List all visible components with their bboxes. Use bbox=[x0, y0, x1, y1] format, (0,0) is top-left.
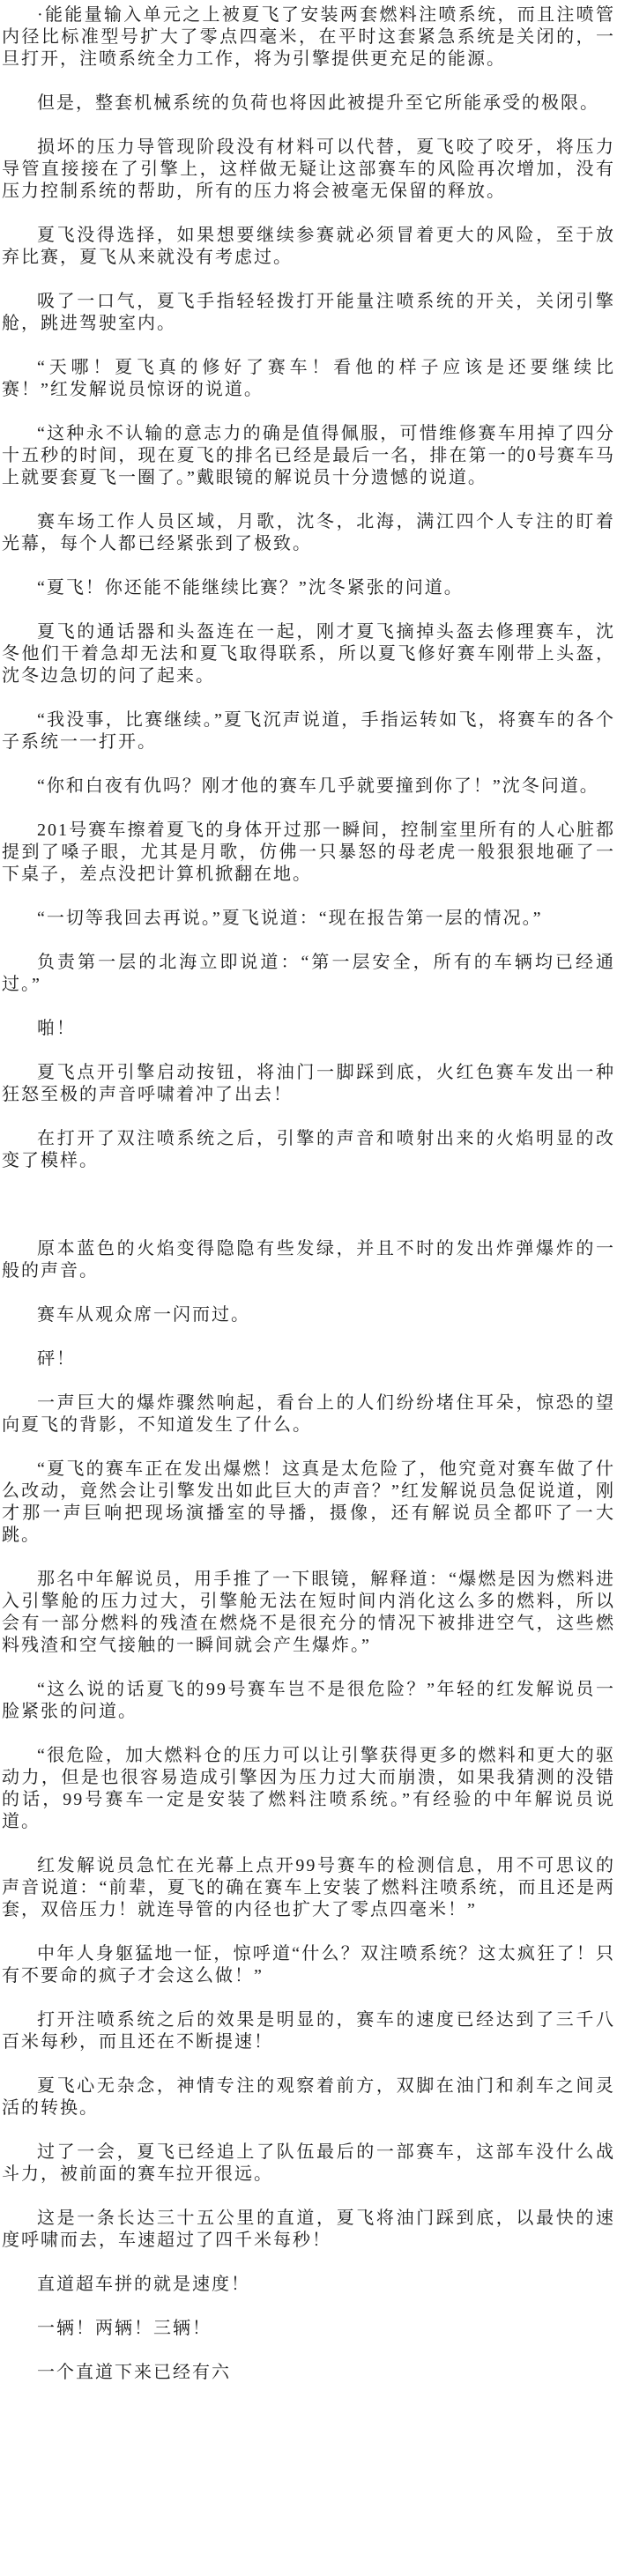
paragraph: 但是，整套机械系统的负荷也将因此被提升至它所能承受的极限。 bbox=[2, 93, 615, 115]
paragraph: “一切等我回去再说。”夏飞说道：“现在报告第一层的情况。” bbox=[2, 908, 615, 930]
paragraph: 吸了一口气，夏飞手指轻轻拨打开能量注喷系统的开关，关闭引擎舱，跳进驾驶室内。 bbox=[2, 291, 615, 335]
paragraph: “夏飞！你还能不能继续比赛？”沈冬紧张的问道。 bbox=[2, 577, 615, 599]
paragraph: 夏飞没得选择，如果想要继续参赛就必须冒着更大的风险，至于放弃比赛，夏飞从来就没有… bbox=[2, 225, 615, 269]
paragraph: 原本蓝色的火焰变得隐隐有些发绿，并且不时的发出炸弹爆炸的一般的声音。 bbox=[2, 1238, 615, 1282]
paragraph: 过了一会，夏飞已经追上了队伍最后的一部赛车，这部车没什么战斗力，被前面的赛车拉开… bbox=[2, 2142, 615, 2186]
paragraph: “你和白夜有仇吗？刚才他的赛车几乎就要撞到你了！”沈冬问道。 bbox=[2, 776, 615, 798]
paragraph: 赛车场工作人员区域，月歌，沈冬，北海，满江四个人专注的盯着光幕，每个人都已经紧张… bbox=[2, 511, 615, 555]
paragraph: 夏飞的通话器和头盔连在一起，刚才夏飞摘掉头盔去修理赛车，沈冬他们干着急却无法和夏… bbox=[2, 621, 615, 687]
paragraph: 负责第一层的北海立即说道：“第一层安全，所有的车辆均已经通过。” bbox=[2, 952, 615, 996]
paragraph: 直道超车拼的就是速度！ bbox=[2, 2274, 615, 2296]
paragraph: 夏飞点开引擎启动按钮，将油门一脚踩到底，火红色赛车发出一种狂怒至极的声音呼啸着冲… bbox=[2, 1062, 615, 1106]
paragraph: “天哪！夏飞真的修好了赛车！看他的样子应该是还要继续比赛！”红发解说员惊讶的说道… bbox=[2, 357, 615, 401]
novel-text-body: ·能能量输入单元之上被夏飞了安装两套燃料注喷系统，而且注喷管内径比标准型号扩大了… bbox=[2, 4, 615, 2384]
paragraph: 201号赛车擦着夏飞的身体开过那一瞬间，控制室里所有的人心脏都提到了嗓子眼，尤其… bbox=[2, 820, 615, 886]
paragraph: 打开注喷系统之后的效果是明显的，赛车的速度已经达到了三千八百米每秒，而且还在不断… bbox=[2, 2009, 615, 2053]
paragraph: 一辆！两辆！三辆！ bbox=[2, 2318, 615, 2340]
paragraph: 夏飞心无杂念，神情专注的观察着前方，双脚在油门和刹车之间灵活的转换。 bbox=[2, 2075, 615, 2119]
novel-reader-page: ·能能量输入单元之上被夏飞了安装两套燃料注喷系统，而且注喷管内径比标准型号扩大了… bbox=[0, 0, 617, 2576]
paragraph: 一个直道下来已经有六 bbox=[2, 2362, 615, 2384]
paragraph: ·能能量输入单元之上被夏飞了安装两套燃料注喷系统，而且注喷管内径比标准型号扩大了… bbox=[2, 4, 615, 71]
paragraph: “夏飞的赛车正在发出爆燃！这真是太危险了，他究竟对赛车做了什么改动，竟然会让引擎… bbox=[2, 1459, 615, 1547]
paragraph: “我没事，比赛继续。”夏飞沉声说道，手指运转如飞，将赛车的各个子系统一一打开。 bbox=[2, 709, 615, 753]
paragraph: 在打开了双注喷系统之后，引擎的声音和喷射出来的火焰明显的改变了模样。 bbox=[2, 1128, 615, 1172]
paragraph: “很危险，加大燃料仓的压力可以让引擎获得更多的燃料和更大的驱动力，但是也很容易造… bbox=[2, 1745, 615, 1833]
paragraph: 赛车从观众席一闪而过。 bbox=[2, 1304, 615, 1326]
paragraph: “这种永不认输的意志力的确是值得佩服，可惜维修赛车用掉了四分十五秒的时间，现在夏… bbox=[2, 423, 615, 489]
paragraph: 一声巨大的爆炸骤然响起，看台上的人们纷纷堵住耳朵，惊恐的望向夏飞的背影，不知道发… bbox=[2, 1392, 615, 1436]
paragraph: 红发解说员急忙在光幕上点开99号赛车的检测信息，用不可思议的声音说道：“前辈，夏… bbox=[2, 1855, 615, 1921]
paragraph: 损坏的压力导管现阶段没有材料可以代替，夏飞咬了咬牙，将压力导管直接接在了引擎上，… bbox=[2, 137, 615, 203]
paragraph: 砰！ bbox=[2, 1348, 615, 1370]
paragraph: 这是一条长达三十五公里的直道，夏飞将油门踩到底，以最快的速度呼啸而去，车速超过了… bbox=[2, 2208, 615, 2252]
paragraph: 啪！ bbox=[2, 1018, 615, 1040]
paragraph: 那名中年解说员，用手推了一下眼镜，解释道：“爆燃是因为燃料进入引擎舱的压力过大，… bbox=[2, 1569, 615, 1657]
paragraph: 中年人身躯猛地一怔，惊呼道“什么？双注喷系统？这太疯狂了！只有不要命的疯子才会这… bbox=[2, 1943, 615, 1987]
paragraph: “这么说的话夏飞的99号赛车岂不是很危险？”年轻的红发解说员一脸紧张的问道。 bbox=[2, 1679, 615, 1723]
